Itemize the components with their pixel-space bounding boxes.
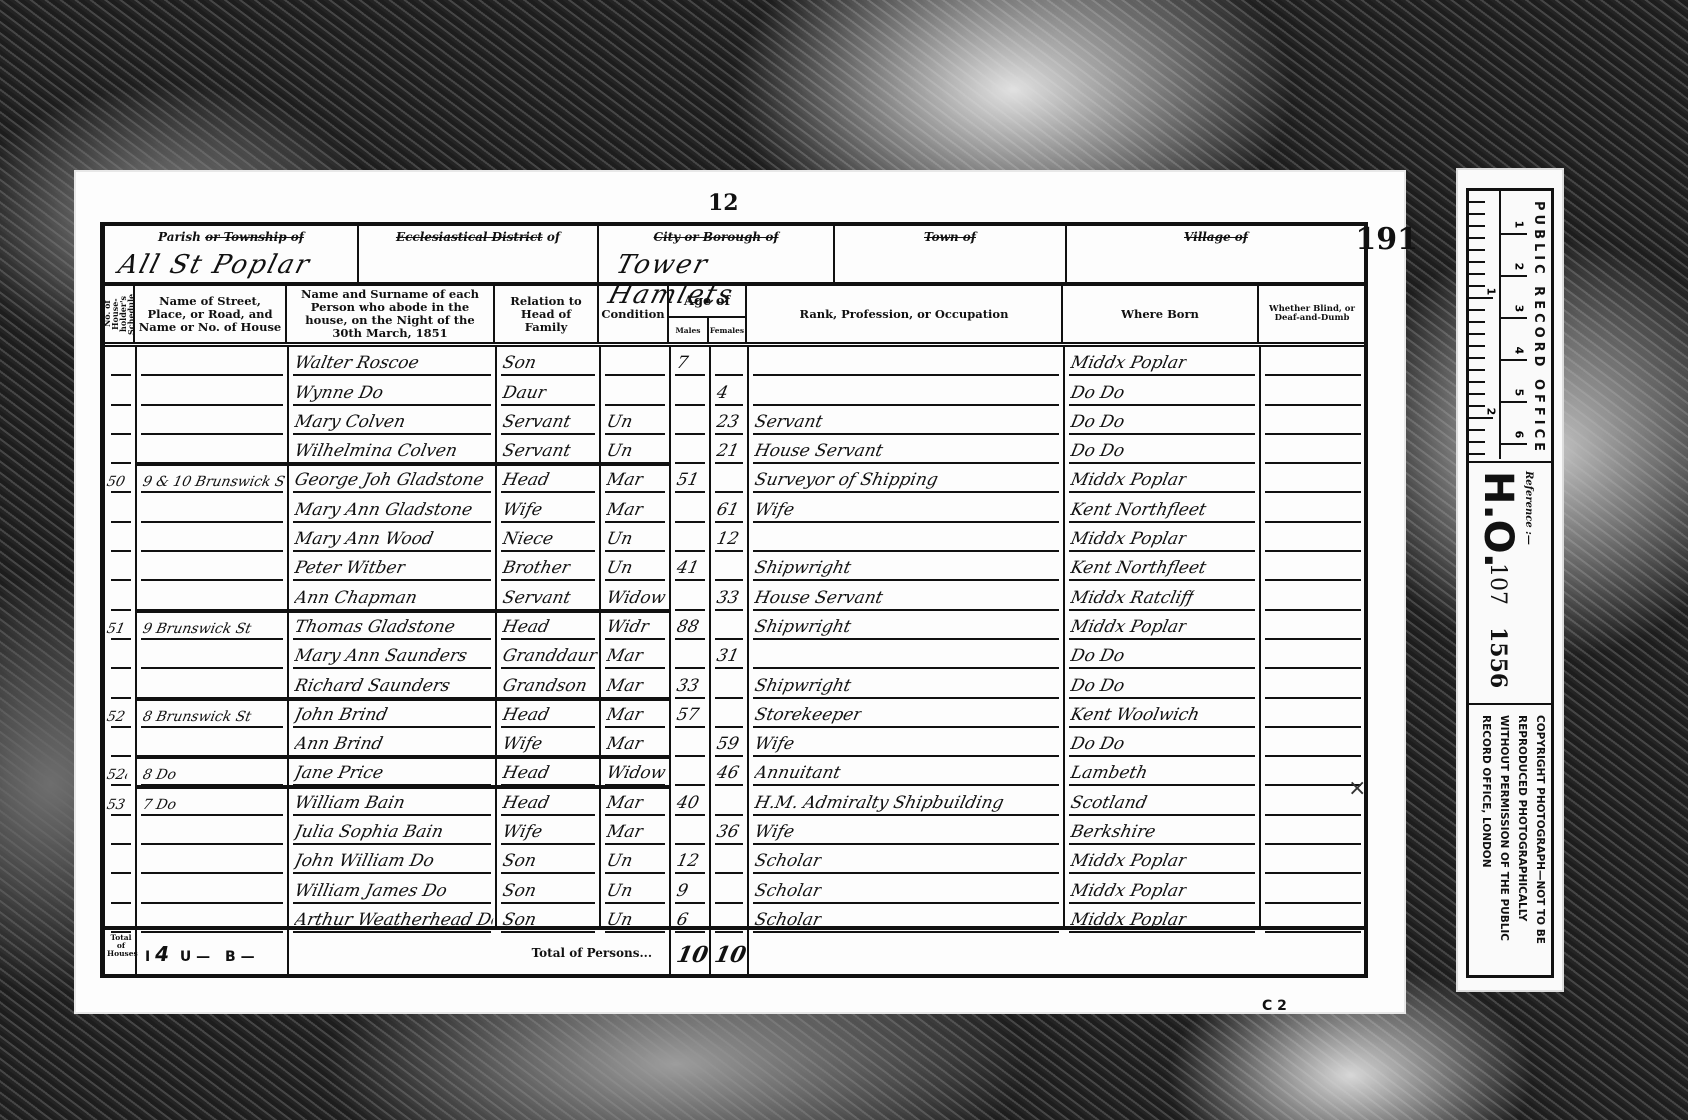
cell-relation: Wife	[501, 500, 544, 520]
cell-female-age: 4	[715, 383, 730, 403]
cell-relation: Servant	[501, 441, 573, 461]
cell-schedule: 52a	[105, 767, 128, 783]
cell-condition: Widow	[605, 763, 668, 783]
table-body: Walter RoscoeSon7Middx PoplarWynne DoDau…	[105, 347, 1364, 934]
cell-relation: Head	[501, 617, 551, 637]
ruler-cm-box: 3	[1499, 277, 1527, 319]
cell-condition: Un	[605, 441, 635, 461]
cell-female-age: 33	[715, 588, 741, 608]
cell-condition: Mar	[605, 705, 645, 725]
household-separator	[135, 755, 669, 759]
table-row: 528 Brunswick StJohn BrindHeadMar57Store…	[105, 699, 1364, 728]
cell-street: 7 Do	[141, 797, 177, 813]
ruler-cm-box: 4	[1499, 319, 1527, 361]
cell-relation: Servant	[501, 412, 573, 432]
cell-condition: Un	[605, 529, 635, 549]
table-row: Richard SaundersGrandsonMar33ShipwrightD…	[105, 669, 1364, 698]
cell-relation: Niece	[501, 529, 555, 549]
cell-name: Mary Ann Saunders	[293, 646, 469, 666]
col-relation: Relation to Head of Family	[495, 286, 599, 342]
cell-relation: Wife	[501, 822, 544, 842]
cell-where-born: Middx Poplar	[1069, 617, 1188, 637]
cell-relation: Granddaur	[501, 646, 599, 666]
cell-name: Ann Chapman	[293, 588, 419, 608]
cell-street: 8 Do	[141, 767, 177, 783]
total-females: 10	[712, 942, 748, 968]
totals-row: Total of Houses I 4 U — B — Total of Per…	[105, 926, 1364, 974]
table-row: Mary Ann SaundersGranddaurMar31Do Do	[105, 640, 1364, 669]
total-houses-label: Total of Houses	[107, 934, 135, 958]
cell-occupation: Shipwright	[753, 617, 853, 637]
cell-male-age: 51	[675, 470, 701, 490]
table-row: 519 Brunswick StThomas GladstoneHeadWidr…	[105, 611, 1364, 640]
cell-occupation: H.M. Admiralty Shipbuilding	[753, 793, 1006, 813]
cell-occupation: Annuitant	[753, 763, 843, 783]
table-row: Mary Ann WoodNieceUn12Middx Poplar	[105, 523, 1364, 552]
scale-ruler: 12	[1469, 191, 1501, 459]
cell-male-age: 7	[675, 353, 690, 373]
cell-where-born: Middx Poplar	[1069, 529, 1188, 549]
city-cell: City or Borough of Tower Hamlets	[599, 226, 835, 282]
cell-occupation: Scholar	[753, 881, 823, 901]
cell-name: Mary Ann Gladstone	[293, 500, 474, 520]
cell-schedule: 52	[105, 709, 126, 725]
cell-where-born: Middx Poplar	[1069, 470, 1188, 490]
cell-schedule: 50	[105, 474, 126, 490]
cell-occupation: Scholar	[753, 851, 823, 871]
cell-condition: Mar	[605, 646, 645, 666]
cell-relation: Wife	[501, 734, 544, 754]
cell-where-born: Middx Poplar	[1069, 881, 1188, 901]
cell-female-age: 36	[715, 822, 741, 842]
table-row: Mary ColvenServantUn23ServantDo Do	[105, 406, 1364, 435]
column-headers: No. of House-holder's Schedule Name of S…	[105, 286, 1364, 347]
cell-male-age: 40	[675, 793, 701, 813]
series-code: H.O.	[1475, 471, 1521, 568]
table-row: Walter RoscoeSon7Middx Poplar	[105, 347, 1364, 376]
cell-schedule: 51	[105, 621, 126, 637]
cell-name: Mary Ann Wood	[293, 529, 435, 549]
cell-male-age: 33	[675, 676, 701, 696]
parish-cell: Parish or Township of All St Poplar	[105, 226, 359, 282]
table-row: Wynne DoDaur4Do Do	[105, 376, 1364, 405]
cell-where-born: Do Do	[1069, 412, 1126, 432]
cell-condition: Mar	[605, 734, 645, 754]
census-table: Parish or Township of All St Poplar Eccl…	[100, 222, 1368, 978]
cell-name: George Joh Gladstone	[293, 470, 486, 490]
cell-where-born: Do Do	[1069, 646, 1126, 666]
col-age: Age of Males Females	[669, 286, 747, 342]
cell-condition: Mar	[605, 470, 645, 490]
cell-name: Wilhelmina Colven	[293, 441, 459, 461]
cell-occupation: Storekeeper	[753, 705, 864, 725]
ruler-inch-label: 1	[1484, 288, 1497, 296]
household-separator	[135, 697, 669, 701]
cell-occupation: Wife	[753, 822, 796, 842]
parish-value: All St Poplar	[115, 250, 314, 280]
cell-occupation: Servant	[753, 412, 825, 432]
cell-male-age: 41	[675, 558, 701, 578]
col-where-born: Where Born	[1063, 286, 1259, 342]
col-occupation: Rank, Profession, or Occupation	[747, 286, 1063, 342]
uninhabited-count: —	[196, 949, 210, 965]
cell-condition: Un	[605, 558, 635, 578]
table-row: William James DoSonUn9ScholarMiddx Popla…	[105, 874, 1364, 903]
table-row: 537 DoWilliam BainHeadMar40H.M. Admiralt…	[105, 787, 1364, 816]
cell-where-born: Kent Northfleet	[1069, 558, 1208, 578]
col-street: Name of Street, Place, or Road, and Name…	[135, 286, 287, 342]
village-cell: Village of	[1067, 226, 1365, 282]
cell-relation: Head	[501, 705, 551, 725]
cell-name: William James Do	[293, 881, 449, 901]
archive-reference-strip: 12 123456 PUBLIC RECORD OFFICE H.O. Refe…	[1458, 170, 1562, 990]
table-row: Ann ChapmanServantWidow33House ServantMi…	[105, 581, 1364, 610]
reference-label: Reference :—	[1523, 471, 1534, 545]
cell-male-age: 9	[675, 881, 690, 901]
table-row: 509 & 10 Brunswick StGeorge Joh Gladston…	[105, 464, 1364, 493]
cell-condition: Mar	[605, 793, 645, 813]
cell-name: Wynne Do	[293, 383, 385, 403]
table-row: Mary Ann GladstoneWifeMar61WifeKent Nort…	[105, 494, 1364, 523]
cell-condition: Un	[605, 851, 635, 871]
table-row: Peter WitberBrotherUn41ShipwrightKent No…	[105, 552, 1364, 581]
cell-name: Richard Saunders	[293, 676, 452, 696]
building-count: —	[241, 949, 255, 965]
cell-where-born: Kent Woolwich	[1069, 705, 1201, 725]
cell-male-age: 57	[675, 705, 701, 725]
cell-occupation: House Servant	[753, 441, 885, 461]
cell-relation: Grandson	[501, 676, 589, 696]
ruler-cm-box: 5	[1499, 361, 1527, 403]
ruler-cm-box: 6	[1499, 403, 1527, 445]
cell-relation: Son	[501, 353, 538, 373]
cell-where-born: Do Do	[1069, 734, 1126, 754]
cell-condition: Widow	[605, 588, 668, 608]
cell-female-age: 59	[715, 734, 741, 754]
cell-relation: Son	[501, 851, 538, 871]
census-page: 12 191 C 2 Parish or Township of All St …	[76, 172, 1404, 1012]
table-row: 52a8 DoJane PriceHeadWidow46AnnuitantLam…	[105, 757, 1364, 786]
cell-where-born: Do Do	[1069, 676, 1126, 696]
cell-occupation: Wife	[753, 500, 796, 520]
cell-condition: Mar	[605, 822, 645, 842]
piece-class: 107	[1485, 563, 1510, 605]
cell-street: 8 Brunswick St	[141, 709, 252, 725]
col-condition: Condition	[599, 286, 669, 342]
cell-female-age: 31	[715, 646, 741, 666]
cell-name: William Bain	[293, 793, 407, 813]
ruler-cm-box: 1	[1499, 193, 1527, 235]
household-separator	[135, 785, 669, 789]
cell-relation: Head	[501, 793, 551, 813]
page-number: 12	[708, 190, 739, 216]
cell-name: Mary Colven	[293, 412, 407, 432]
cell-where-born: Lambeth	[1069, 763, 1150, 783]
cell-occupation: Shipwright	[753, 676, 853, 696]
table-row: Wilhelmina ColvenServantUn21House Servan…	[105, 435, 1364, 464]
cell-condition: Un	[605, 412, 635, 432]
cell-street: 9 Brunswick St	[141, 621, 252, 637]
total-males: 10	[674, 942, 710, 968]
household-separator	[135, 462, 669, 466]
cell-street: 9 & 10 Brunswick St	[141, 474, 286, 490]
town-cell: Town of	[835, 226, 1067, 282]
cell-where-born: Middx Poplar	[1069, 353, 1188, 373]
cell-relation: Brother	[501, 558, 572, 578]
cell-male-age: 12	[675, 851, 701, 871]
cell-name: Jane Price	[293, 763, 385, 783]
ruler-cm-box: 2	[1499, 235, 1527, 277]
cell-female-age: 46	[715, 763, 741, 783]
cell-name: Julia Sophia Bain	[293, 822, 445, 842]
cell-female-age: 12	[715, 529, 741, 549]
table-row: John William DoSonUn12ScholarMiddx Popla…	[105, 845, 1364, 874]
cell-where-born: Scotland	[1069, 793, 1149, 813]
cell-relation: Head	[501, 470, 551, 490]
cell-name: John William Do	[293, 851, 436, 871]
inhabited-count: 4	[155, 942, 169, 966]
copyright-notice: COPYRIGHT PHOTOGRAPH—NOT TO BE REPRODUCE…	[1475, 715, 1549, 967]
margin-cross-mark: ×	[1348, 776, 1366, 801]
piece-number: 1556	[1485, 627, 1511, 688]
cell-where-born: Middx Ratcliff	[1069, 588, 1195, 608]
cell-relation: Daur	[501, 383, 548, 403]
cell-name: John Brind	[293, 705, 390, 725]
table-row: Ann BrindWifeMar59WifeDo Do	[105, 728, 1364, 757]
cell-condition: Widr	[605, 617, 651, 637]
sheet-mark: C 2	[1262, 998, 1287, 1014]
cell-name: Ann Brind	[293, 734, 385, 754]
ecclesiastical-cell: Ecclesiastical District of	[359, 226, 599, 282]
cell-where-born: Middx Poplar	[1069, 851, 1188, 871]
cell-where-born: Berkshire	[1069, 822, 1158, 842]
cell-female-age: 23	[715, 412, 741, 432]
cell-condition: Un	[605, 881, 635, 901]
cell-condition: Mar	[605, 500, 645, 520]
office-name: PUBLIC RECORD OFFICE	[1531, 201, 1546, 455]
cell-relation: Head	[501, 763, 551, 783]
cell-female-age: 61	[715, 500, 741, 520]
cell-condition: Mar	[605, 676, 645, 696]
ruler-inch-label: 2	[1484, 408, 1497, 416]
place-header: Parish or Township of All St Poplar Eccl…	[105, 226, 1364, 286]
cell-name: Walter Roscoe	[293, 353, 421, 373]
cell-schedule: 53	[105, 797, 126, 813]
cell-relation: Son	[501, 881, 538, 901]
cell-where-born: Kent Northfleet	[1069, 500, 1208, 520]
cell-name: Thomas Gladstone	[293, 617, 457, 637]
cell-relation: Servant	[501, 588, 573, 608]
cell-occupation: Shipwright	[753, 558, 853, 578]
col-blind-deaf: Whether Blind, or Deaf-and-Dumb	[1259, 286, 1365, 342]
cell-where-born: Do Do	[1069, 383, 1126, 403]
household-separator	[135, 609, 669, 613]
cell-where-born: Do Do	[1069, 441, 1126, 461]
col-schedule: No. of House-holder's Schedule	[105, 286, 135, 342]
cell-occupation: Wife	[753, 734, 796, 754]
total-persons-label: Total of Persons...	[532, 946, 652, 960]
cell-occupation: House Servant	[753, 588, 885, 608]
cell-name: Peter Witber	[293, 558, 407, 578]
table-row: Julia Sophia BainWifeMar36WifeBerkshire	[105, 816, 1364, 845]
cell-female-age: 21	[715, 441, 741, 461]
cell-occupation: Surveyor of Shipping	[753, 470, 940, 490]
col-name: Name and Surname of each Person who abod…	[287, 286, 495, 342]
cell-male-age: 88	[675, 617, 701, 637]
